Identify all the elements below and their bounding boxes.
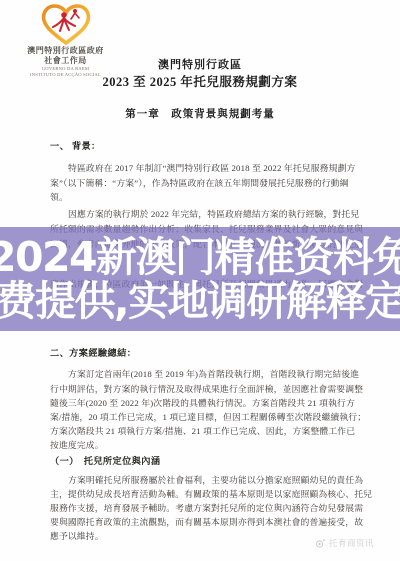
overlay-promo-line-1: 2024新澳门精准资料免 — [0, 235, 400, 279]
paragraph-1-line: 特區政府在 2017 年制訂“澳門特別行政區 2018 至 2022 年托兒服務… — [50, 163, 366, 173]
paragraph-3-line: 按進度完成。 — [50, 440, 366, 450]
logo-org-name-zh-1: 澳門特別行政區政府 — [8, 46, 123, 56]
paragraph-2-line: 因應方案的執行期於 2022 年完結，特區政府總結方案的執行經驗，對托兒 — [50, 209, 366, 219]
overlay-promo-line-2: 费提供,实地调研解释定 — [0, 279, 400, 323]
paragraph-4-line: 主，提供幼兒成長培育活動為輔。有關政策的基本原則是以家庭照顧為核心、托兒 — [50, 489, 366, 499]
paragraph-3-line: 方案訂定首兩年(2018 至 2019 年)為首階段執行期，首階段執行期完結後進 — [50, 369, 366, 379]
paragraph-1-line: 案”（以下簡稱：“方案”），作為特區政府在該五年期間發展托兒服務的行動綱 — [50, 178, 366, 188]
paragraph-4-line: 服務作支援，培育發展予輔助。考慮方案對托兒所的定位與內涵符合幼兒發展需 — [50, 503, 366, 513]
overlay-promo-text: 2024新澳门精准资料免 费提供,实地调研解释定 — [0, 227, 400, 331]
doc-title-region: 澳門特別行政區 — [0, 56, 400, 72]
section-1-heading: 一、 背景： — [50, 141, 366, 151]
chapter-heading: 第一章 政策背景與規劃考量 — [0, 106, 400, 121]
paragraph-3-line: 隨後三年(2020 至 2022 年)次階段的具體執行情況。方案首階段共 21 … — [50, 398, 366, 408]
paragraph-4-line: 要與國際托育政策的主流觀點，而有關基本原則亦得到本澳社會的普遍接受，故 — [50, 517, 366, 527]
paragraph-1-line: 領。 — [50, 192, 366, 202]
paragraph-3-line: 案/措施，20 項工作已完成，1 項已達目標，但因工程關係轉至次階段繼續執行； — [50, 412, 366, 422]
subsection-1-heading: （一） 托兒所定位與內涵 — [50, 456, 366, 466]
section-2-heading: 二、方案經驗總結： — [50, 348, 366, 358]
weibo-eye-icon — [315, 538, 326, 549]
heart-logo-icon — [38, 2, 94, 46]
paragraph-4-line: 方案明確托兒所服務屬於社會福利，主要功能以分擔家庭照顧幼兒的責任為 — [50, 475, 366, 485]
doc-title-plan: 2023 至 2025 年托兒服務規劃方案 — [0, 72, 400, 90]
paragraph-3-line: 方案次階段共 21 項執行方案/措施、21 項工作已完成、因此，方案整體工作已 — [50, 426, 366, 436]
paragraph-3-line: 行中期評估，對方案的執行情況及取得成果進行全面評檢，並因應社會需要調整 — [50, 384, 366, 394]
document-page: 澳門特別行政區政府 社會工作局 GOVERNO DA RAEM INSTITUT… — [0, 0, 400, 561]
watermark-text: 托育商资讯 — [329, 537, 374, 549]
watermark: 托育商资讯 — [315, 537, 374, 549]
